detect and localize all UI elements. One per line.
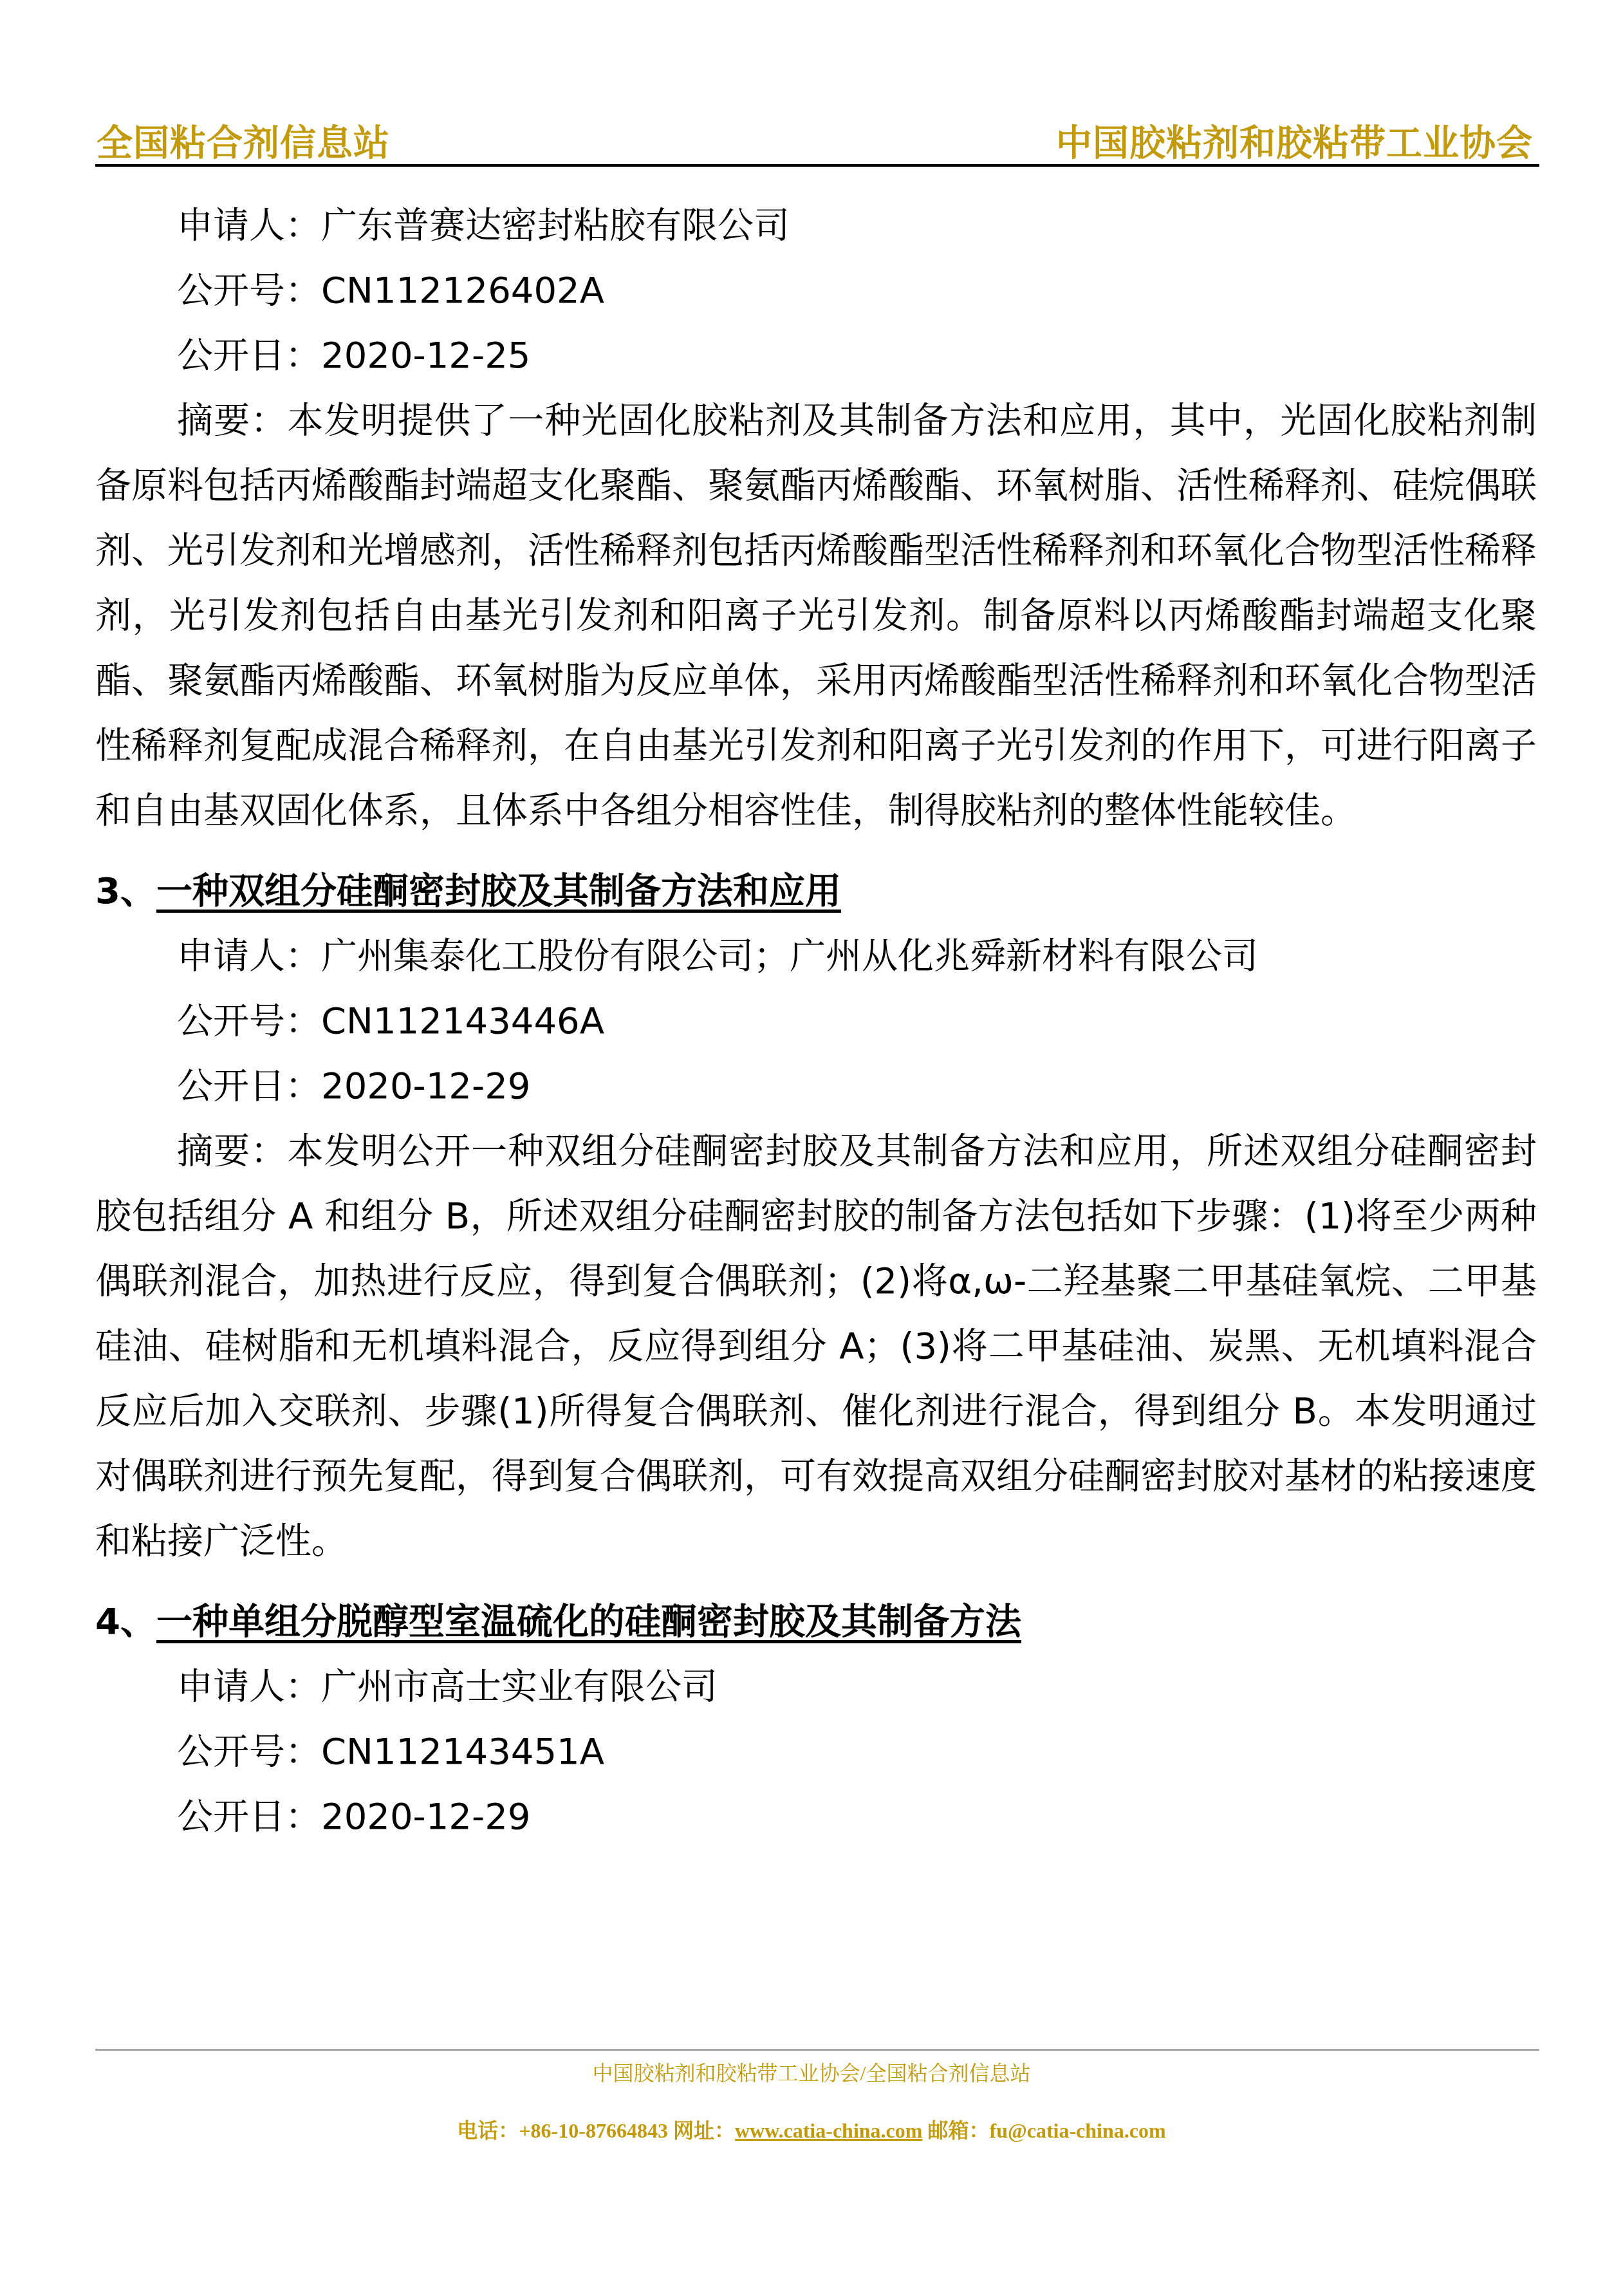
entry-number: 4、 (95, 1601, 156, 1643)
pub-date-label: 公开日： (177, 335, 321, 377)
document-body: 申请人：广东普赛达密封粘胶有限公司 公开号：CN112126402A 公开日：2… (95, 193, 1537, 1849)
pub-no-label: 公开号： (177, 1731, 321, 1773)
entry-title: 一种单组分脱醇型室温硫化的硅酮密封胶及其制备方法 (156, 1601, 1021, 1643)
pub-no-value: CN112143446A (321, 1000, 604, 1042)
pub-date-value: 2020-12-25 (321, 335, 530, 377)
applicant-label: 申请人： (177, 935, 321, 977)
abstract-text: 摘要：本发明公开一种双组分硅酮密封胶及其制备方法和应用，所述双组分硅酮密封胶包括… (95, 1119, 1537, 1574)
pub-date-line: 公开日：2020-12-25 (95, 323, 1537, 388)
pub-date-line: 公开日：2020-12-29 (95, 1784, 1537, 1849)
pub-no-label: 公开号： (177, 1000, 321, 1042)
entry-heading: 3、一种双组分硅酮密封胶及其制备方法和应用 (95, 859, 1537, 924)
patent-entry-4: 4、一种单组分脱醇型室温硫化的硅酮密封胶及其制备方法 申请人：广州市高士实业有限… (95, 1589, 1537, 1849)
pub-no-line: 公开号：CN112143451A (95, 1719, 1537, 1784)
pub-no-line: 公开号：CN112126402A (95, 258, 1537, 323)
footer-divider (95, 2049, 1539, 2051)
applicant-line: 申请人：广东普赛达密封粘胶有限公司 (95, 193, 1537, 258)
website-link[interactable]: www.catia-china.com (735, 2119, 923, 2142)
entry-title: 一种双组分硅酮密封胶及其制备方法和应用 (156, 870, 841, 912)
pub-no-line: 公开号：CN112143446A (95, 989, 1537, 1054)
entry-heading: 4、一种单组分脱醇型室温硫化的硅酮密封胶及其制备方法 (95, 1589, 1537, 1654)
phone-label: 电话： (457, 2119, 519, 2142)
pub-no-value: CN112143451A (321, 1731, 604, 1773)
header-divider (95, 164, 1539, 167)
footer-org: 中国胶粘剂和胶粘带工业协会/全国粘合剂信息站 (0, 2057, 1623, 2087)
pub-date-value: 2020-12-29 (321, 1065, 530, 1107)
patent-entry-2: 申请人：广东普赛达密封粘胶有限公司 公开号：CN112126402A 公开日：2… (95, 193, 1537, 843)
applicant-line: 申请人：广州集泰化工股份有限公司；广州从化兆舜新材料有限公司 (95, 924, 1537, 989)
applicant-label: 申请人： (177, 1666, 321, 1708)
pub-no-value: CN112126402A (321, 270, 604, 312)
abstract-text: 摘要：本发明提供了一种光固化胶粘剂及其制备方法和应用，其中，光固化胶粘剂制备原料… (95, 388, 1537, 843)
entry-number: 3、 (95, 870, 156, 912)
phone-number: +86-10-87664843 (519, 2119, 668, 2142)
email-address[interactable]: fu@catia-china.com (989, 2119, 1165, 2142)
footer-contact: 电话：+86-10-87664843 网址：www.catia-china.co… (0, 2114, 1623, 2144)
pub-date-label: 公开日： (177, 1796, 321, 1838)
applicant-value: 广东普赛达密封粘胶有限公司 (321, 205, 790, 247)
pub-date-value: 2020-12-29 (321, 1796, 530, 1838)
pub-date-line: 公开日：2020-12-29 (95, 1054, 1537, 1119)
applicant-label: 申请人： (177, 205, 321, 247)
pub-date-label: 公开日： (177, 1065, 321, 1107)
patent-entry-3: 3、一种双组分硅酮密封胶及其制备方法和应用 申请人：广州集泰化工股份有限公司；广… (95, 859, 1537, 1574)
pub-no-label: 公开号： (177, 270, 321, 312)
applicant-line: 申请人：广州市高士实业有限公司 (95, 1654, 1537, 1719)
website-label: 网址： (673, 2119, 735, 2142)
applicant-value: 广州集泰化工股份有限公司；广州从化兆舜新材料有限公司 (321, 935, 1258, 977)
applicant-value: 广州市高士实业有限公司 (321, 1666, 718, 1708)
header-left-title: 全国粘合剂信息站 (97, 115, 390, 166)
email-label: 邮箱： (927, 2119, 989, 2142)
header-right-title: 中国胶粘剂和胶粘带工业协会 (1056, 115, 1533, 166)
